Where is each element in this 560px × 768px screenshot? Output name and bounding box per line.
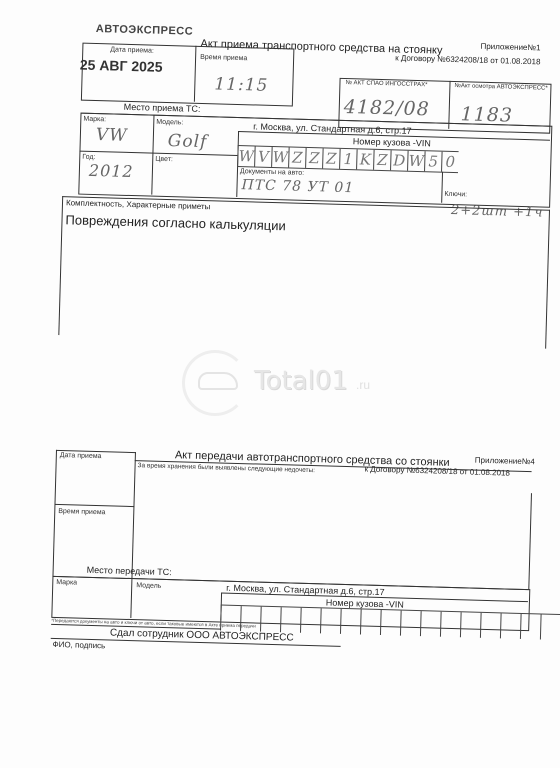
defects-field[interactable] — [135, 472, 528, 583]
vin-cell[interactable] — [300, 608, 321, 634]
vin-cell[interactable]: D — [390, 150, 408, 170]
model-label: Модель: — [156, 119, 183, 127]
watermark-text: Total01 — [254, 366, 348, 396]
vin-cell[interactable]: W — [271, 147, 289, 167]
vin-cell[interactable] — [340, 609, 361, 635]
vin-cell[interactable]: 1 — [339, 149, 357, 169]
vin-cell[interactable] — [380, 610, 401, 636]
vin-label: Номер кузова -VIN — [353, 136, 431, 148]
handover-model-label: Модель — [136, 582, 161, 590]
vin-cell[interactable] — [260, 607, 281, 633]
vin-cell[interactable] — [540, 614, 560, 640]
company-stamp: АВТОЭКСПРЕСС — [96, 23, 194, 38]
place-label: Место приема ТС: — [124, 102, 201, 114]
watermark: Total01 .ru — [180, 350, 380, 410]
vin-cell[interactable] — [440, 612, 461, 638]
vin-cell[interactable]: K — [356, 149, 374, 169]
watermark-suffix: .ru — [356, 378, 370, 392]
vin-cell[interactable] — [320, 608, 341, 634]
handover-brand-label: Марка — [56, 579, 77, 587]
brand-value[interactable]: VW — [96, 125, 128, 146]
appendix-label: Приложение№1 — [480, 42, 540, 53]
year-value[interactable]: 2012 — [89, 161, 134, 181]
vin-cell[interactable] — [280, 607, 301, 633]
date-label: Дата приема: — [110, 46, 154, 54]
vin-cell[interactable]: Z — [305, 148, 323, 168]
vin-cell[interactable] — [360, 609, 381, 635]
model-value[interactable]: Golf — [168, 131, 208, 152]
vin-cell[interactable] — [520, 614, 541, 640]
vin-cell[interactable] — [500, 613, 521, 639]
vin-cell[interactable] — [460, 612, 481, 638]
handover-time-label: Время приема — [58, 508, 105, 516]
vin-cell[interactable]: 5 — [424, 151, 442, 171]
handover-act-form: Акт передачи автотранспортного средства … — [0, 438, 560, 674]
time-value[interactable]: 11:15 — [214, 74, 269, 95]
brand-label: Марка: — [83, 116, 106, 124]
contract-reference: к Договору №6324208/18 от 01.08.2018 — [395, 53, 541, 66]
vin-cell[interactable] — [480, 613, 501, 639]
color-label: Цвет: — [155, 156, 173, 163]
keys-label: Ключи: — [444, 191, 467, 199]
ingos-act-value[interactable]: 4182/08 — [343, 96, 430, 120]
vin-cell[interactable]: Z — [288, 147, 306, 167]
handover-date-label: Дата приема — [60, 452, 102, 460]
vin-cell[interactable]: Z — [373, 150, 391, 170]
vin-cell[interactable]: W — [407, 151, 425, 171]
documents-value[interactable]: ПТС 78 УТ 01 — [241, 177, 354, 196]
date-stamp-value[interactable]: 25 АВГ 2025 — [80, 57, 163, 75]
vin-cell[interactable]: 0 — [441, 152, 459, 172]
vin-cell[interactable]: V — [254, 146, 272, 166]
time-label: Время приема — [200, 54, 247, 62]
fio-label: ФИО, подпись — [52, 640, 105, 650]
vin-cell[interactable] — [420, 611, 441, 637]
vin-cell[interactable]: W — [237, 146, 255, 166]
vin-cell[interactable] — [400, 611, 421, 637]
watermark-car-icon — [198, 372, 238, 390]
vin-cell[interactable]: Z — [322, 148, 340, 168]
